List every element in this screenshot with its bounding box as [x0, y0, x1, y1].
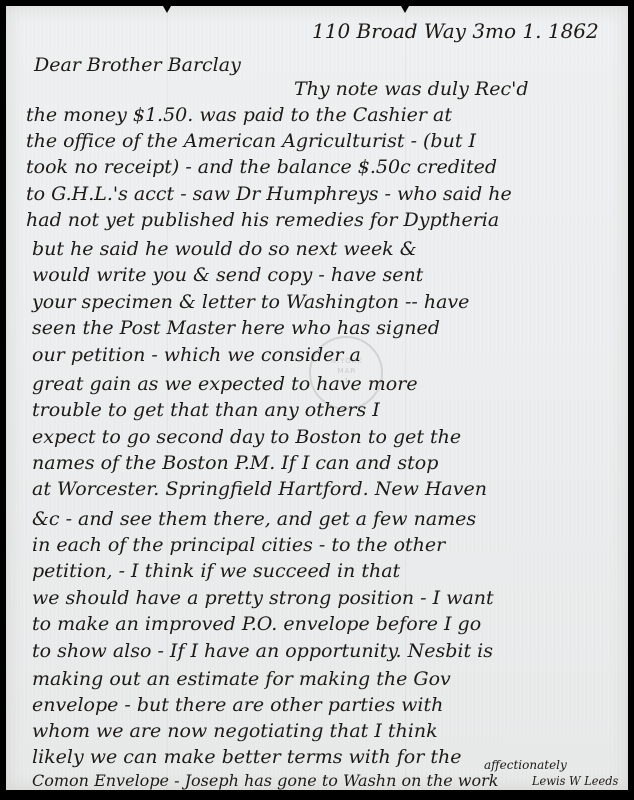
body-line: expect to go second day to Boston to get… — [32, 426, 461, 448]
body-line: to G.H.L.'s acct - saw Dr Humphreys - wh… — [26, 183, 512, 205]
body-line: names of the Boston P.M. If I can and st… — [32, 452, 438, 474]
body-line: in each of the principal cities - to the… — [32, 534, 445, 556]
body-line: trouble to get that than any others I — [32, 399, 380, 421]
body-line: likely we can make better terms with for… — [32, 746, 461, 768]
body-line: great gain as we expected to have more — [32, 373, 418, 395]
body-line: our petition - which we consider a — [32, 344, 361, 366]
body-line: seen the Post Master here who has signed — [32, 317, 440, 339]
body-line: making out an estimate for making the Go… — [32, 668, 451, 690]
body-line: your specimen & letter to Washington -- … — [32, 291, 469, 313]
body-line: would write you & send copy - have sent — [32, 264, 423, 286]
body-line: had not yet published his remedies for D… — [26, 209, 499, 231]
body-line: the office of the American Agriculturist… — [26, 130, 476, 152]
address-date: 110 Broad Way 3mo 1. 1862 — [312, 20, 599, 42]
body-line: we should have a pretty strong position … — [32, 587, 494, 609]
body-line: whom we are now negotiating that I think — [32, 720, 438, 742]
body-line: to show also - If I have an opportunity.… — [32, 640, 493, 662]
signature: Lewis W Leeds — [532, 774, 618, 788]
body-line: Comon Envelope - Joseph has gone to Wash… — [32, 770, 498, 792]
body-line: took no receipt) - and the balance $.50c… — [26, 156, 497, 178]
body-line: to make an improved P.O. envelope before… — [32, 613, 481, 635]
salutation: Dear Brother Barclay — [34, 54, 241, 76]
letter-page: N.YORK MAR 1 110 Broad Way 3mo 1. 1862 D… — [6, 6, 628, 790]
body-line: at Worcester. Springfield Hartford. New … — [32, 478, 487, 500]
body-line: the money $1.50. was paid to the Cashier… — [26, 104, 452, 126]
body-line: envelope - but there are other parties w… — [32, 694, 443, 716]
closing: affectionately — [484, 758, 567, 772]
body-line: &c - and see them there, and get a few n… — [32, 508, 476, 530]
body-line: petition, - I think if we succeed in tha… — [32, 560, 400, 582]
body-line: but he said he would do so next week & — [32, 238, 417, 260]
body-line: Thy note was duly Rec'd — [294, 78, 529, 100]
